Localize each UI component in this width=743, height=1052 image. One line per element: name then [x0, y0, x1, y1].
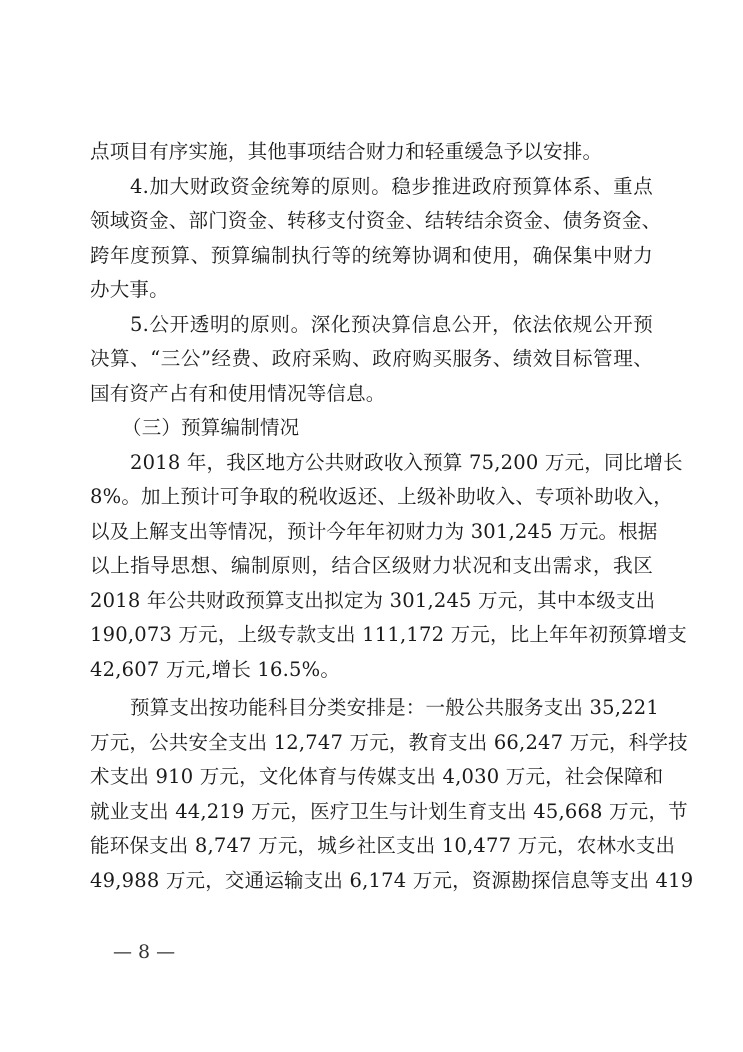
principle-5-heading-line: 5.公开透明的原则。深化预决算信息公开，依法依规公开预 [130, 308, 653, 342]
principle-4-heading-line: 4.加大财政资金统筹的原则。稳步推进政府预算体系、重点 [130, 170, 653, 204]
paragraph-line: 190,073 万元，上级专款支出 111,172 万元，比上年年初预算增支 [90, 618, 653, 652]
paragraph-line: 点项目有序实施，其他事项结合财力和轻重缓急予以安排。 [90, 135, 653, 169]
paragraph-line: 2018 年公共财政预算支出拟定为 301,245 万元，其中本级支出 [90, 584, 653, 618]
paragraph-line: 能环保支出 8,747 万元，城乡社区支出 10,477 万元，农林水支出 [90, 829, 653, 863]
paragraph-line: 术支出 910 万元，文化体育与传媒支出 4,030 万元，社会保障和 [90, 760, 653, 794]
paragraph-line: 国有资产占有和使用情况等信息。 [90, 377, 653, 411]
section-heading: （三）预算编制情况 [122, 411, 645, 445]
paragraph-line: 以及上解支出等情况，预计今年年初财力为 301,245 万元。根据 [90, 515, 653, 549]
paragraph-line: 42,607 万元,增长 16.5%。 [90, 653, 653, 687]
paragraph-line: 2018 年，我区地方公共财政收入预算 75,200 万元，同比增长 [130, 446, 653, 480]
paragraph-line: 办大事。 [90, 273, 653, 307]
page-number: — 8 — [113, 940, 175, 964]
paragraph-line: 决算、“三公”经费、政府采购、政府购买服务、绩效目标管理、 [90, 342, 653, 376]
paragraph-line: 8%。加上预计可争取的税收返还、上级补助收入、专项补助收入， [90, 480, 653, 514]
paragraph-line: 49,988 万元，交通运输支出 6,174 万元，资源勘探信息等支出 419 [90, 864, 653, 898]
paragraph-line: 领域资金、部门资金、转移支付资金、结转结余资金、债务资金、 [90, 204, 653, 238]
document-page: 点项目有序实施，其他事项结合财力和轻重缓急予以安排。 4.加大财政资金统筹的原则… [0, 0, 743, 1052]
paragraph-line: 万元，公共安全支出 12,747 万元，教育支出 66,247 万元，科学技 [90, 726, 653, 760]
paragraph-line: 以上指导思想、编制原则，结合区级财力状况和支出需求，我区 [90, 549, 653, 583]
paragraph-line: 就业支出 44,219 万元，医疗卫生与计划生育支出 45,668 万元，节 [90, 795, 653, 829]
paragraph-line: 跨年度预算、预算编制执行等的统筹协调和使用，确保集中财力 [90, 239, 653, 273]
paragraph-line: 预算支出按功能科目分类安排是：一般公共服务支出 35,221 [130, 691, 653, 725]
